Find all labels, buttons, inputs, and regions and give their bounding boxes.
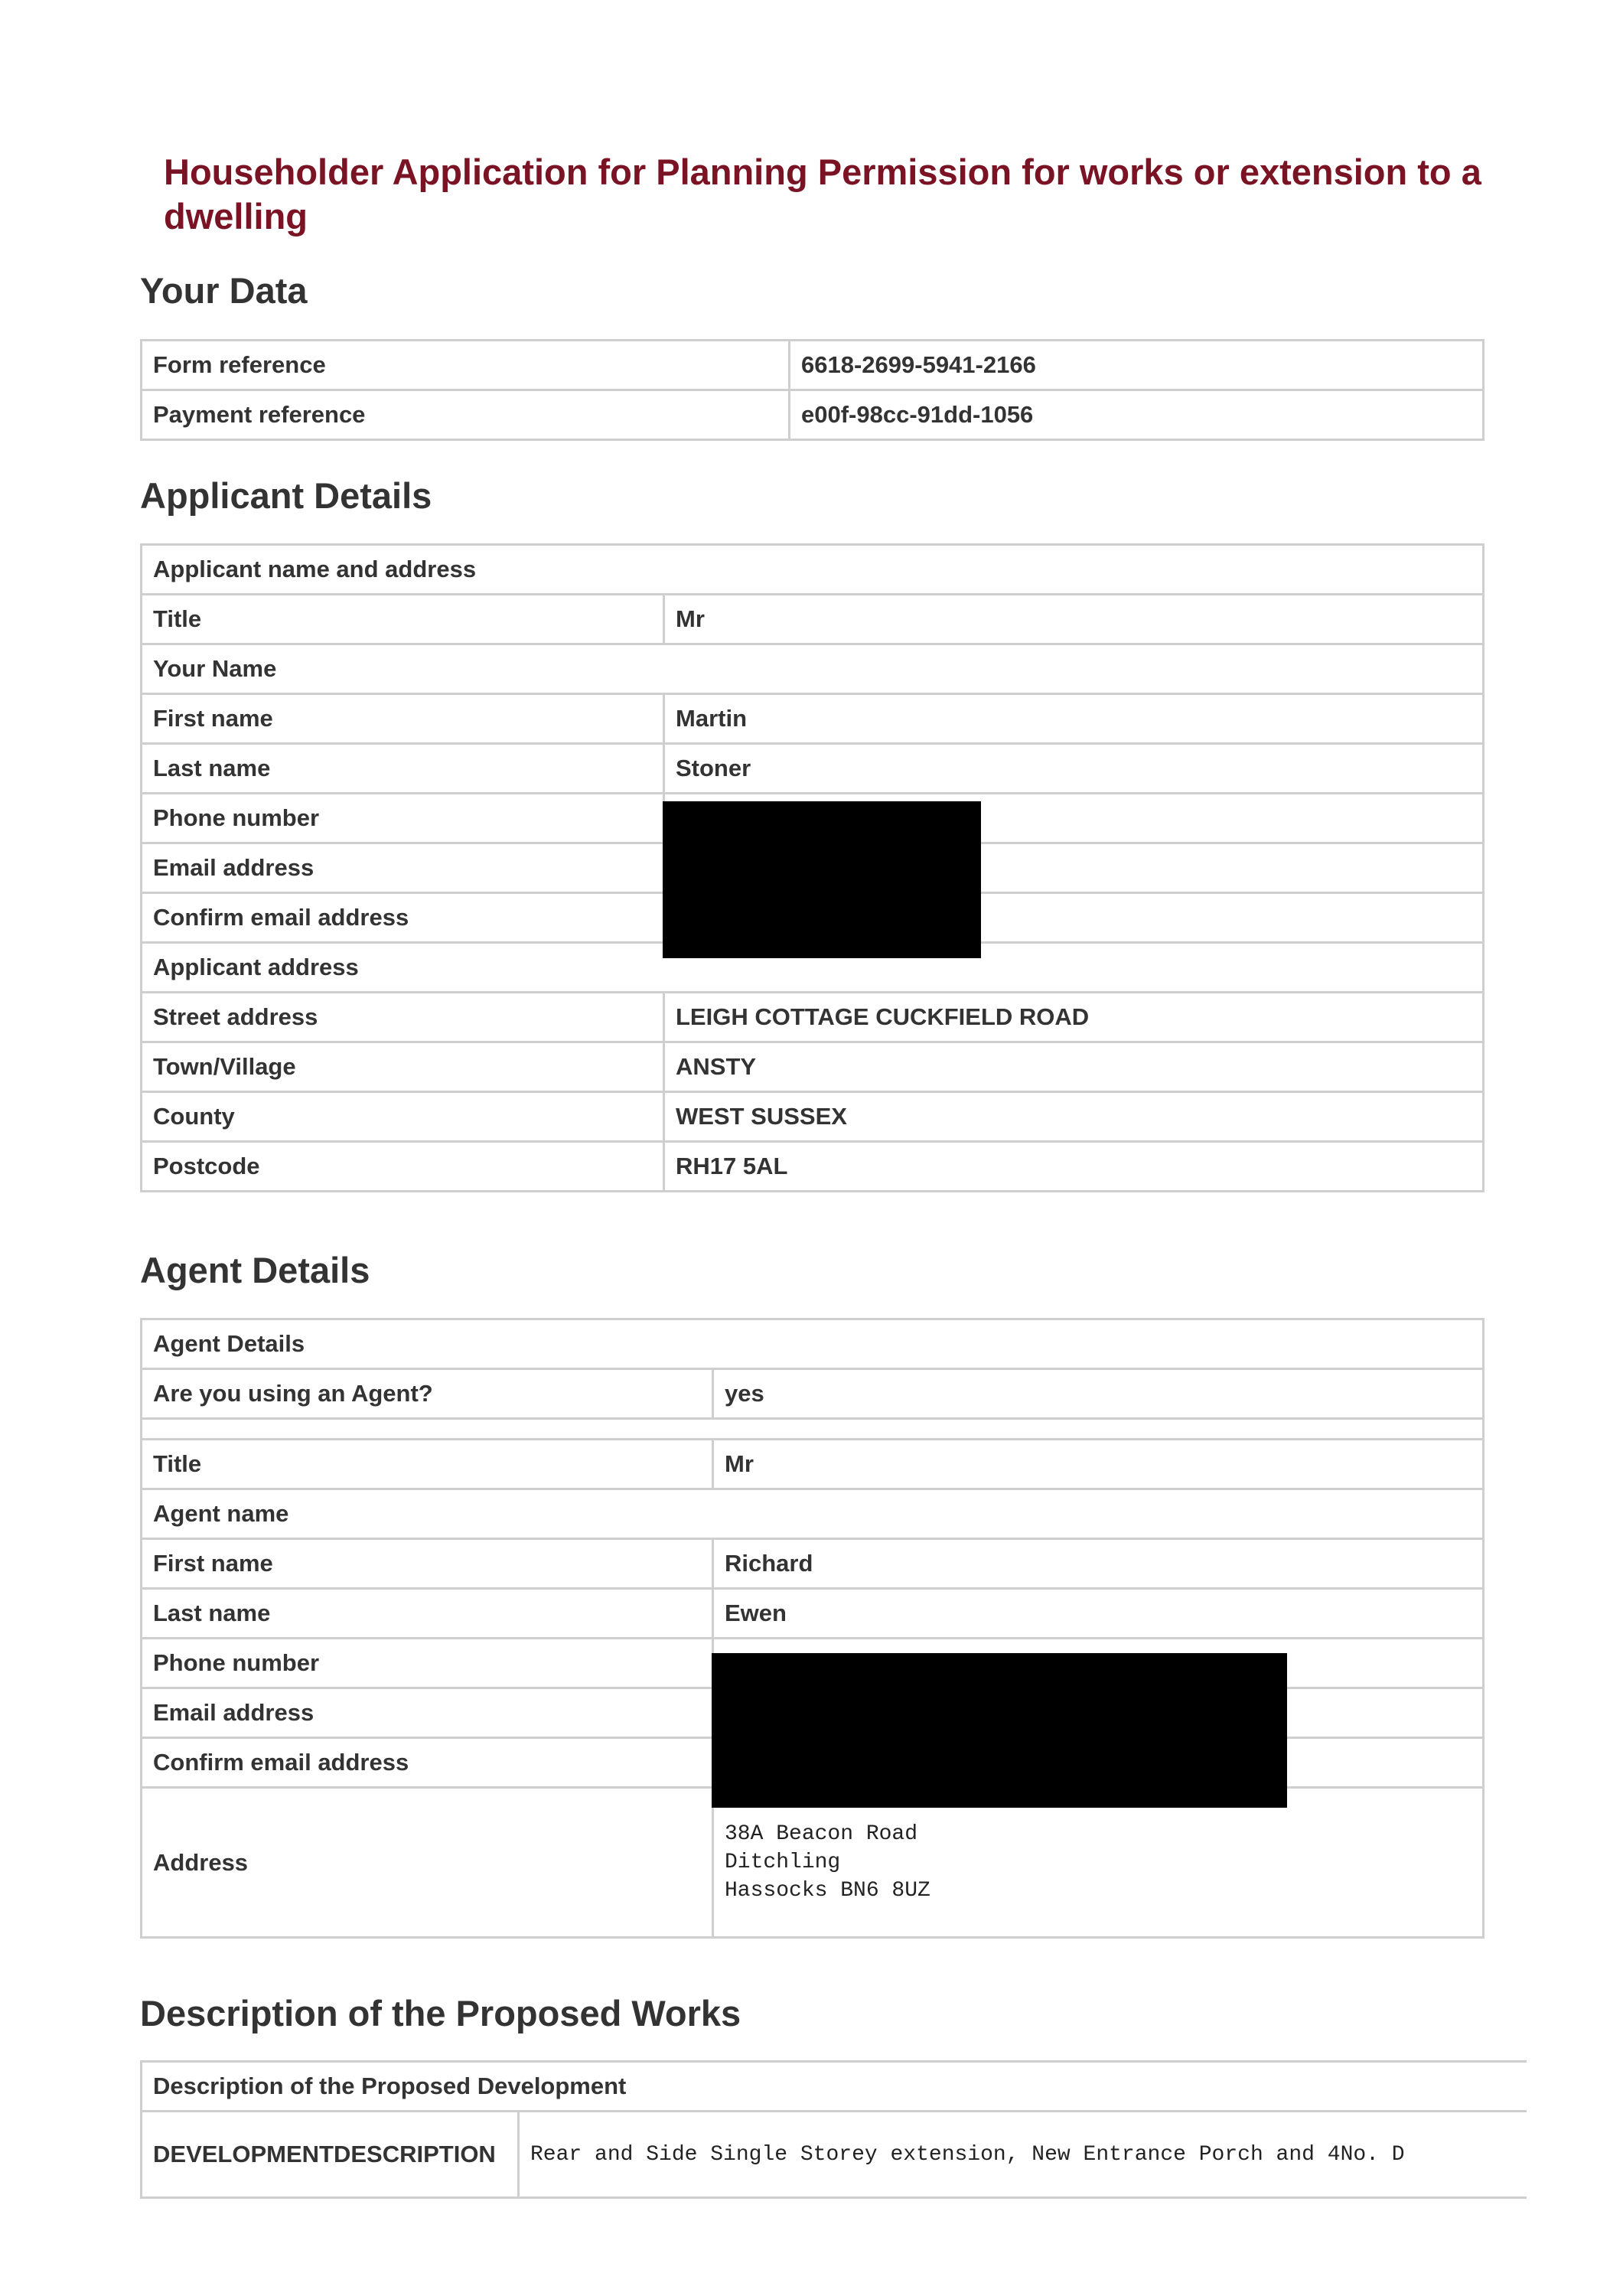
agent-name-header: Agent name [142,1489,1484,1539]
form-reference-label: Form reference [142,341,790,390]
table-row: Applicant name and address [142,545,1484,595]
table-row: Payment reference e00f-98cc-91dd-1056 [142,390,1484,440]
address-line: 38A Beacon Road [725,1820,1482,1848]
agent-last-name-value: Ewen [713,1589,1484,1639]
table-row: TitleMr [142,595,1484,644]
confirm-email-label: Confirm email address [142,893,664,943]
agent-phone-label: Phone number [142,1639,713,1688]
agent-table: Agent Details Are you using an Agent?yes… [140,1318,1484,1939]
postcode-label: Postcode [142,1142,664,1192]
street-value: LEIGH COTTAGE CUCKFIELD ROAD [664,993,1484,1042]
title-label: Title [142,595,664,644]
county-value: WEST SUSSEX [664,1092,1484,1142]
works-group-header: Description of the Proposed Development [142,2062,1527,2112]
table-row: Description of the Proposed Development [142,2062,1527,2112]
county-label: County [142,1092,664,1142]
table-row: Are you using an Agent?yes [142,1369,1484,1419]
table-row: PostcodeRH17 5AL [142,1142,1484,1192]
using-agent-label: Are you using an Agent? [142,1369,713,1419]
development-description-value: Rear and Side Single Storey extension, N… [519,2112,1527,2198]
document-title: Householder Application for Planning Per… [164,150,1511,239]
table-row: Agent name [142,1489,1484,1539]
agent-first-name-label: First name [142,1539,713,1589]
agent-title-label: Title [142,1440,713,1489]
form-reference-value: 6618-2699-5941-2166 [790,341,1484,390]
table-row: Last nameStoner [142,744,1484,794]
table-row: Street addressLEIGH COTTAGE CUCKFIELD RO… [142,993,1484,1042]
postcode-value: RH17 5AL [664,1142,1484,1192]
address-line: Hassocks BN6 8UZ [725,1877,1482,1905]
agent-email-label: Email address [142,1688,713,1738]
town-value: ANSTY [664,1042,1484,1092]
agent-first-name-value: Richard [713,1539,1484,1589]
table-row: Form reference 6618-2699-5941-2166 [142,341,1484,390]
table-row: Your Name [142,644,1484,694]
agent-address-value: 38A Beacon Road Ditchling Hassocks BN6 8… [713,1788,1484,1938]
phone-label: Phone number [142,794,664,843]
agent-address-label: Address [142,1788,713,1938]
works-table-viewport: Description of the Proposed Development … [140,2060,1527,2296]
table-row: DEVELOPMENTDESCRIPTION Rear and Side Sin… [142,2112,1527,2198]
redaction-block-agent-contact [712,1653,1287,1808]
last-name-label: Last name [142,744,664,794]
email-label: Email address [142,843,664,893]
section-heading-applicant-details: Applicant Details [140,475,432,517]
title-value: Mr [664,595,1484,644]
agent-confirm-email-label: Confirm email address [142,1738,713,1788]
address-line: Ditchling [725,1848,1482,1877]
table-row: Town/VillageANSTY [142,1042,1484,1092]
section-heading-agent-details: Agent Details [140,1249,370,1292]
table-row: TitleMr [142,1440,1484,1489]
your-name-header: Your Name [142,644,1484,694]
spacer-row [142,1419,1484,1440]
payment-reference-label: Payment reference [142,390,790,440]
first-name-label: First name [142,694,664,744]
payment-reference-value: e00f-98cc-91dd-1056 [790,390,1484,440]
table-row: Last nameEwen [142,1589,1484,1639]
applicant-group-header: Applicant name and address [142,545,1484,595]
section-heading-your-data: Your Data [140,269,308,312]
section-heading-proposed-works: Description of the Proposed Works [140,1992,741,2035]
agent-title-value: Mr [713,1440,1484,1489]
development-description-label: DEVELOPMENTDESCRIPTION [142,2112,519,2198]
table-row: Address 38A Beacon Road Ditchling Hassoc… [142,1788,1484,1938]
agent-group-header: Agent Details [142,1319,1484,1369]
table-row: Agent Details [142,1319,1484,1369]
table-row: First nameMartin [142,694,1484,744]
works-table: Description of the Proposed Development … [140,2060,1527,2199]
using-agent-value: yes [713,1369,1484,1419]
table-row: First nameRichard [142,1539,1484,1589]
street-label: Street address [142,993,664,1042]
redaction-block-applicant-contact [663,801,981,958]
town-label: Town/Village [142,1042,664,1092]
your-data-table: Form reference 6618-2699-5941-2166 Payme… [140,339,1484,441]
agent-last-name-label: Last name [142,1589,713,1639]
last-name-value: Stoner [664,744,1484,794]
first-name-value: Martin [664,694,1484,744]
table-row: CountyWEST SUSSEX [142,1092,1484,1142]
